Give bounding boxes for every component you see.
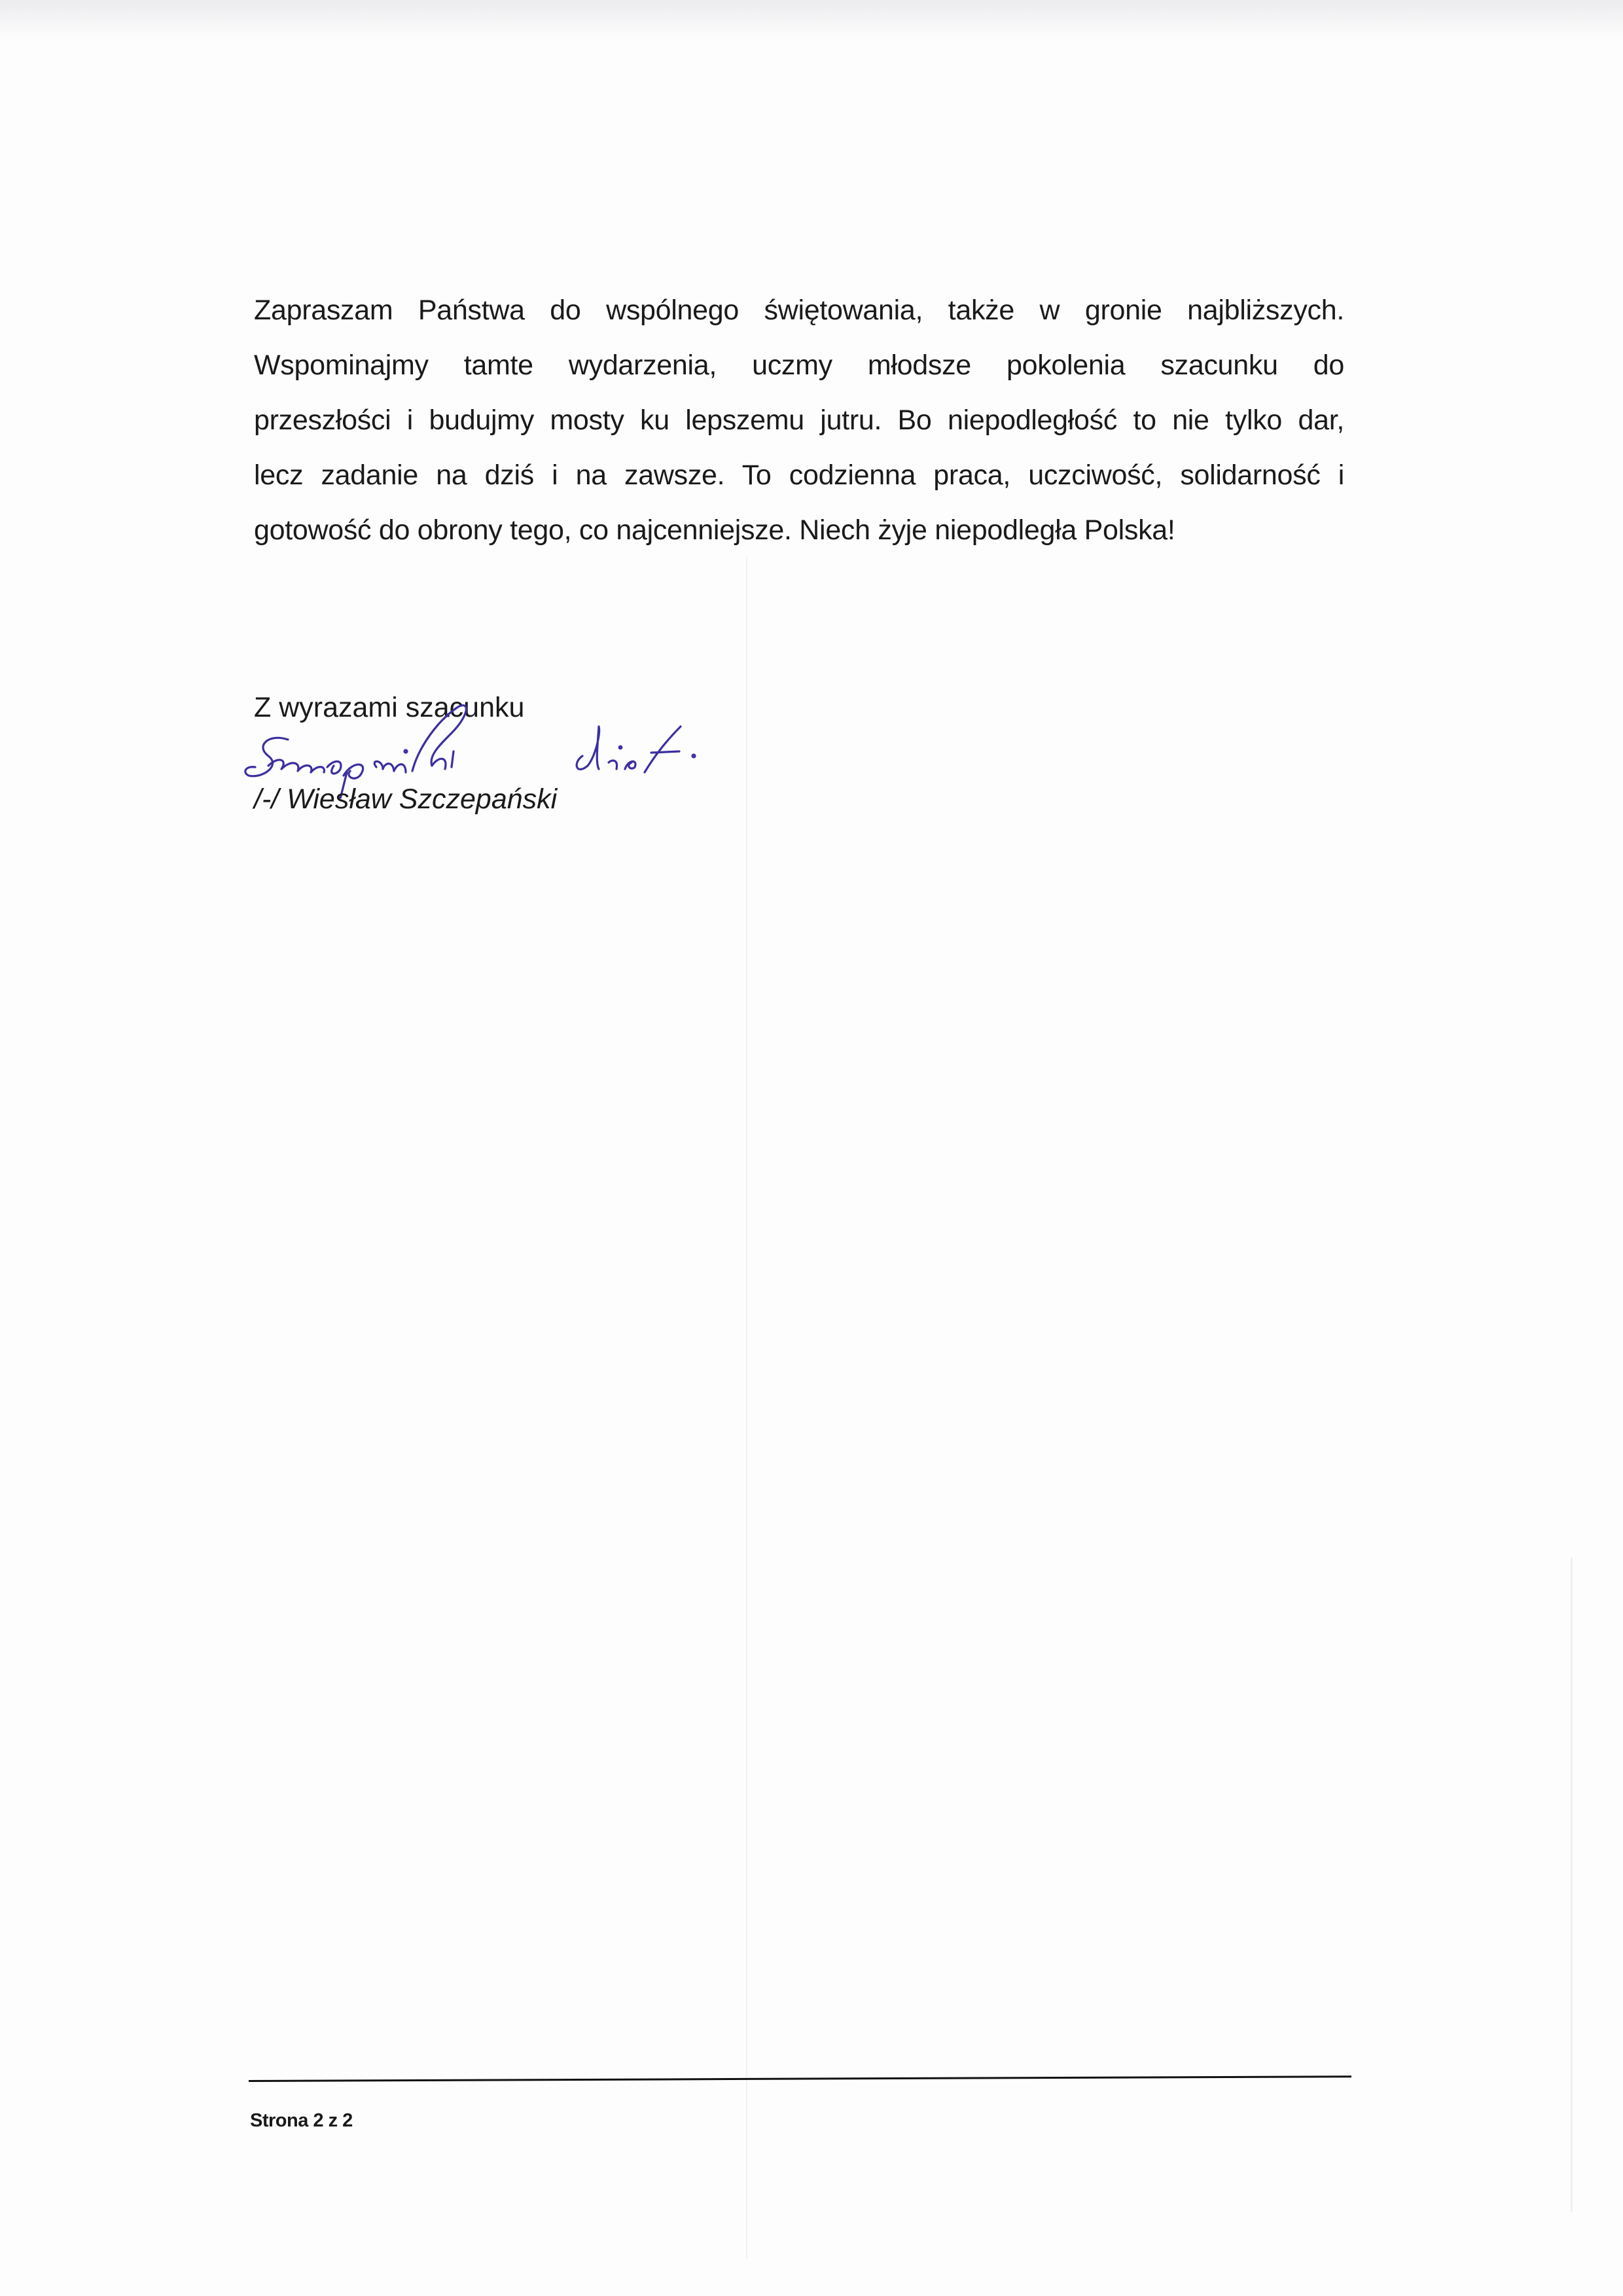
body-line: Wspominajmy tamte wydarzenia, uczmy młod… <box>254 338 1344 393</box>
body-line: Zapraszam Państwa do wspólnego świętowan… <box>254 283 1344 338</box>
body-line: lecz zadanie na dziś i na zawsze. To cod… <box>254 448 1344 503</box>
signer-name: /-/ Wiesław Szczepański <box>254 781 557 817</box>
body-line: przeszłości i budujmy mosty ku lepszemu … <box>254 393 1344 448</box>
scan-fold-line <box>746 556 747 2258</box>
footer-divider <box>249 2075 1351 2082</box>
scan-edge-line <box>1571 1558 1573 2212</box>
scan-shadow-top <box>0 0 1623 39</box>
page-number: Strona 2 z 2 <box>250 2110 353 2132</box>
body-line: gotowość do obrony tego, co najcenniejsz… <box>254 503 1344 558</box>
letter-body: Zapraszam Państwa do wspólnego świętowan… <box>254 283 1344 558</box>
